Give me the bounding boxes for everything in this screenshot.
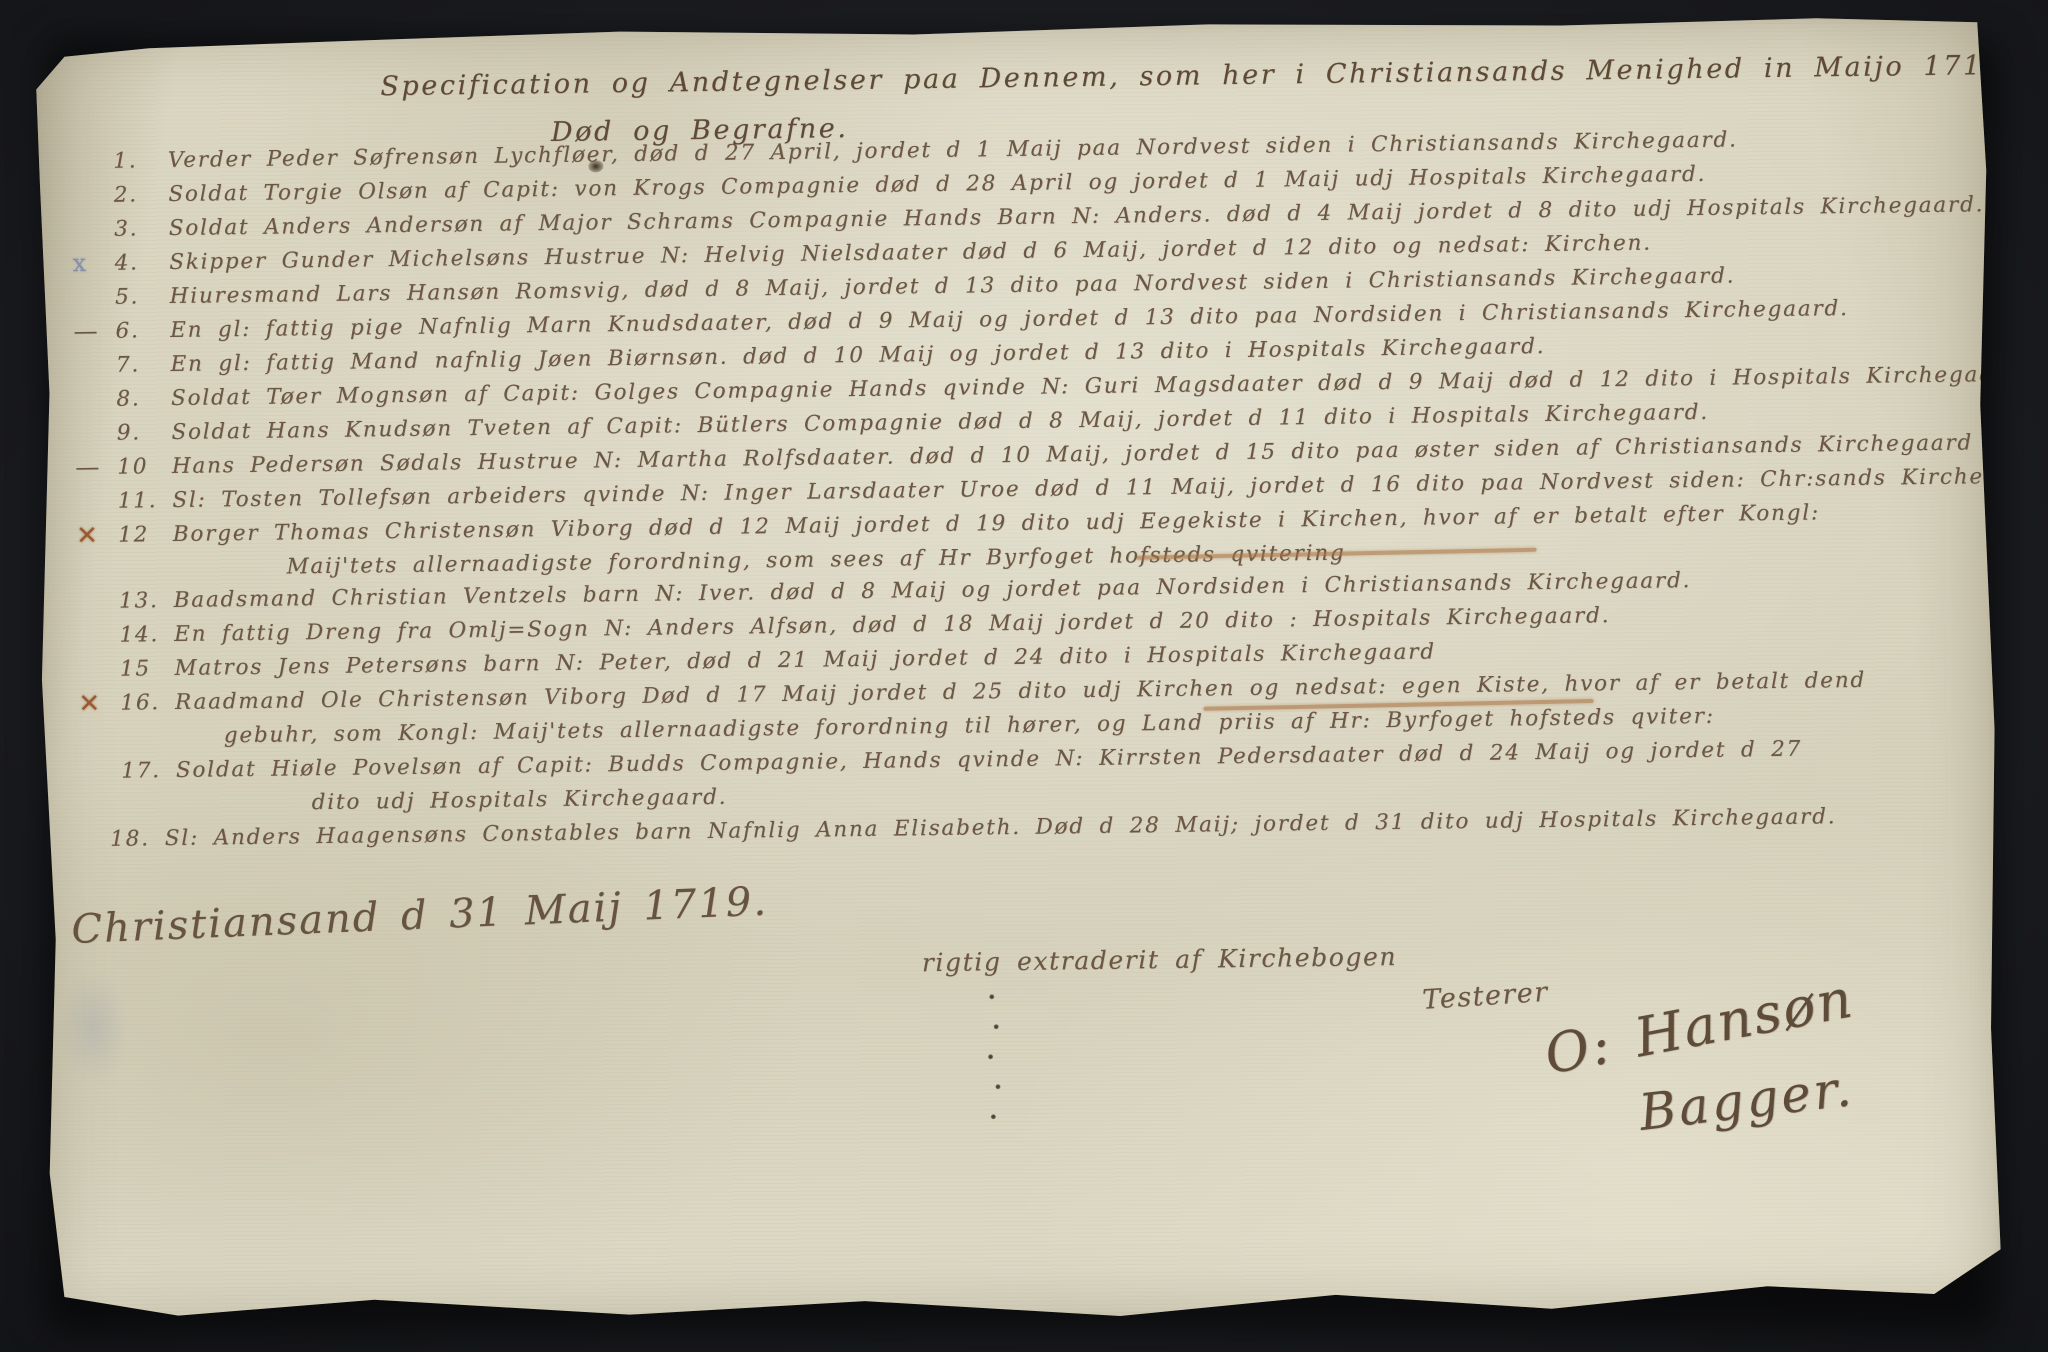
pinhole — [995, 1084, 1000, 1089]
entry-number: 3. — [114, 216, 154, 242]
margin-red-cross-mark-icon: ✕ — [78, 689, 102, 719]
signature-line2: Bagger. — [1636, 1059, 1857, 1142]
entry-number: 5. — [115, 284, 155, 310]
entry-number: 13. — [119, 588, 159, 614]
entry-number: 12 — [118, 522, 158, 548]
margin-cross-mark-icon: x — [72, 249, 88, 277]
entry-number: 15 — [120, 656, 160, 682]
entry-text: Maij'tets allernaadigste forordning, som… — [286, 541, 1345, 580]
manuscript-content: Specification og Andtegnelser paa Dennem… — [30, 6, 2009, 1332]
entry-number: 8. — [116, 386, 156, 412]
entry-line-12-continuation: Maij'tets allernaadigste forordning, som… — [286, 541, 1345, 580]
entry-number: 18. — [110, 826, 150, 852]
pinhole — [994, 1024, 999, 1029]
attestation-note: rigtig extraderit af Kirchebogen — [922, 942, 1398, 977]
faded-stamp-smudge — [56, 969, 132, 1086]
entry-number: 11. — [118, 488, 158, 514]
pinhole — [991, 1114, 996, 1119]
entry-number: 17. — [121, 758, 161, 784]
entry-line-17-continuation: dito udj Hospitals Kirchegaard. — [312, 785, 728, 815]
entry-text: Matros Jens Petersøns barn N: Peter, død… — [174, 639, 1436, 681]
manuscript-sheet: Specification og Andtegnelser paa Dennem… — [31, 14, 2003, 1329]
entry-text: dito udj Hospitals Kirchegaard. — [312, 785, 728, 815]
entry-number: 4. — [114, 250, 154, 276]
document-heading-line1: Specification og Andtegnelser paa Dennem… — [380, 49, 2048, 102]
ink-blot — [588, 160, 603, 172]
margin-dash-mark-icon: — — [75, 453, 101, 481]
entry-number: 9. — [117, 420, 157, 446]
entry-number: 10 — [117, 454, 157, 480]
margin-red-cross-mark-icon: ✕ — [76, 521, 100, 551]
entry-number: 14. — [119, 622, 159, 648]
dateline: Christiansand d 31 Maij 1719. — [71, 878, 769, 953]
entry-number: 1. — [113, 148, 153, 174]
pinhole — [989, 994, 994, 999]
pinhole — [988, 1054, 993, 1059]
entry-number: 6. — [115, 318, 155, 344]
attest-word: Testerer — [1421, 977, 1549, 1016]
entry-number: 2. — [114, 182, 154, 208]
entry-number: 16. — [120, 690, 160, 716]
margin-dash-mark-icon: — — [73, 317, 99, 345]
entry-number: 7. — [116, 352, 156, 378]
